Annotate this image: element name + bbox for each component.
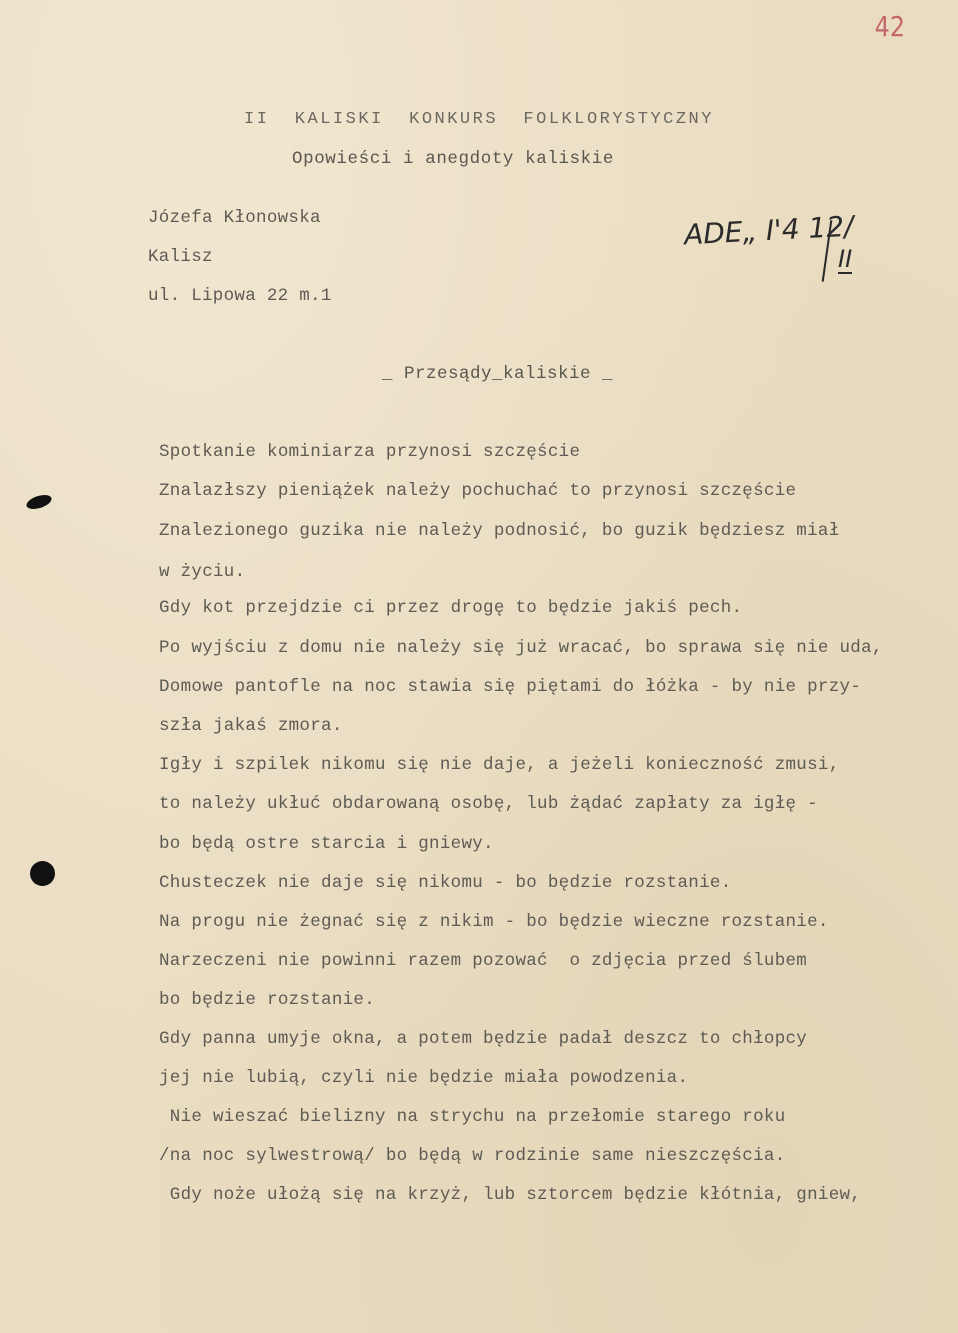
- author-name: Józefa Kłonowska: [148, 208, 321, 228]
- text-line: to należy ukłuć obdarowaną osobę, lub żą…: [159, 794, 818, 814]
- text-line: Gdy noże ułożą się na krzyż, lub sztorce…: [159, 1185, 861, 1205]
- archive-signature-part: II: [838, 246, 852, 274]
- punch-hole: [30, 861, 55, 886]
- text-line: szła jakaś zmora.: [159, 716, 343, 736]
- text-line: Gdy panna umyje okna, a potem będzie pad…: [159, 1029, 807, 1049]
- text-line: Nie wieszać bielizny na strychu na przeł…: [159, 1107, 786, 1127]
- punch-hole-mark: [25, 492, 53, 511]
- text-line: Domowe pantofle na noc stawia się piętam…: [159, 677, 861, 697]
- text-line: bo będą ostre starcia i gniewy.: [159, 834, 494, 854]
- author-address: ul. Lipowa 22 m.1: [148, 286, 332, 306]
- page-number: 42: [875, 10, 905, 43]
- text-line: Chusteczek nie daje się nikomu - bo będz…: [159, 873, 732, 893]
- text-line: Po wyjściu z domu nie należy się już wra…: [159, 638, 883, 658]
- text-line: bo będzie rozstanie.: [159, 990, 375, 1010]
- text-line: Na progu nie żegnać się z nikim - bo będ…: [159, 912, 829, 932]
- text-line: /na noc sylwestrową/ bo będą w rodzinie …: [159, 1146, 786, 1166]
- text-line: Znalezionego guzika nie należy podnosić,…: [159, 521, 840, 541]
- text-line: Gdy kot przejdzie ci przez drogę to będz…: [159, 598, 742, 618]
- text-line: Znalazłszy pieniążek należy pochuchać to…: [159, 481, 796, 501]
- text-line: Narzeczeni nie powinni razem pozować o z…: [159, 951, 807, 971]
- section-title: _ Przesądy_kaliskie _: [382, 364, 613, 384]
- text-line: jej nie lubią, czyli nie będzie miała po…: [159, 1068, 688, 1088]
- collection-subtitle: Opowieści i anegdoty kaliskie: [292, 149, 614, 169]
- contest-title: II KALISKI KONKURS FOLKLORYSTYCZNY: [244, 110, 714, 129]
- text-line: w życiu.: [159, 562, 245, 582]
- text-line: Igły i szpilek nikomu się nie daje, a je…: [159, 755, 840, 775]
- text-line: Spotkanie kominiarza przynosi szczęście: [159, 442, 580, 462]
- author-city: Kalisz: [148, 247, 213, 267]
